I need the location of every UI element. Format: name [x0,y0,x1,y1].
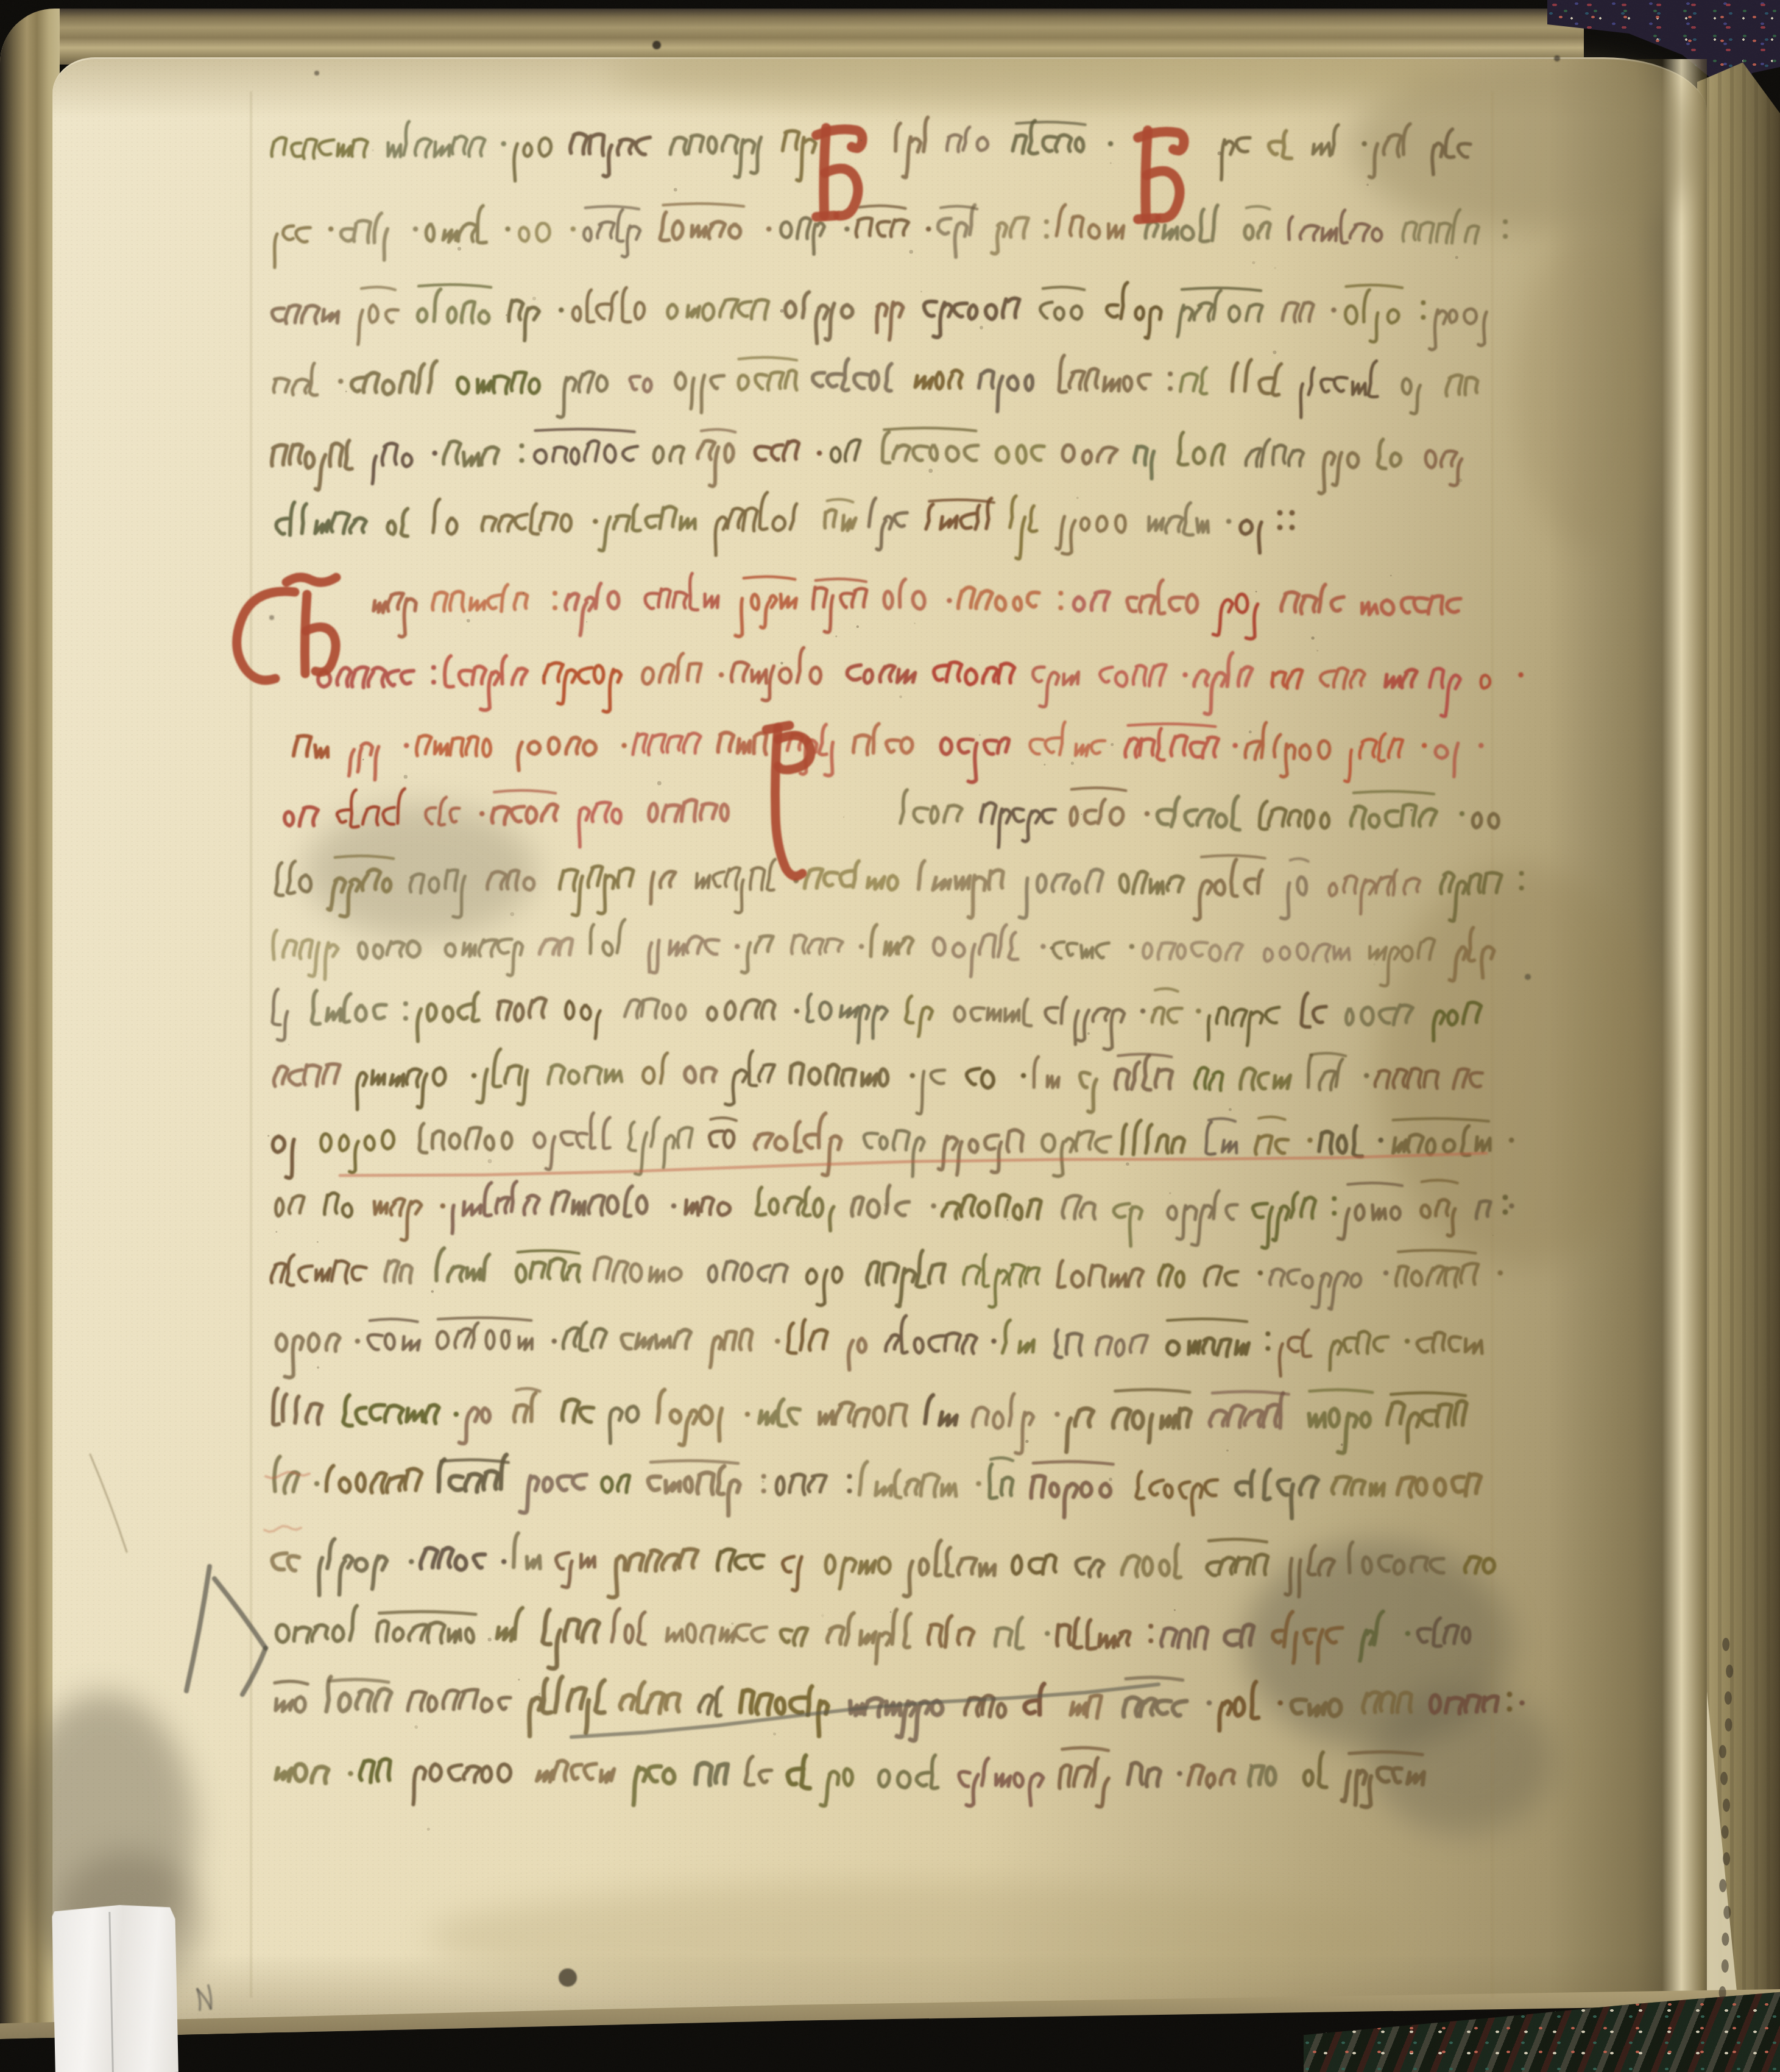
bookmark-tab [52,1904,178,2072]
gutter-shadow [1547,59,1707,2032]
page-stack-top-edge [0,9,1584,65]
page-stack-left-edge [0,9,60,2037]
bookmark-crease [108,1912,114,2072]
manuscript-photo [0,0,1780,2072]
parchment-page [52,57,1707,2032]
